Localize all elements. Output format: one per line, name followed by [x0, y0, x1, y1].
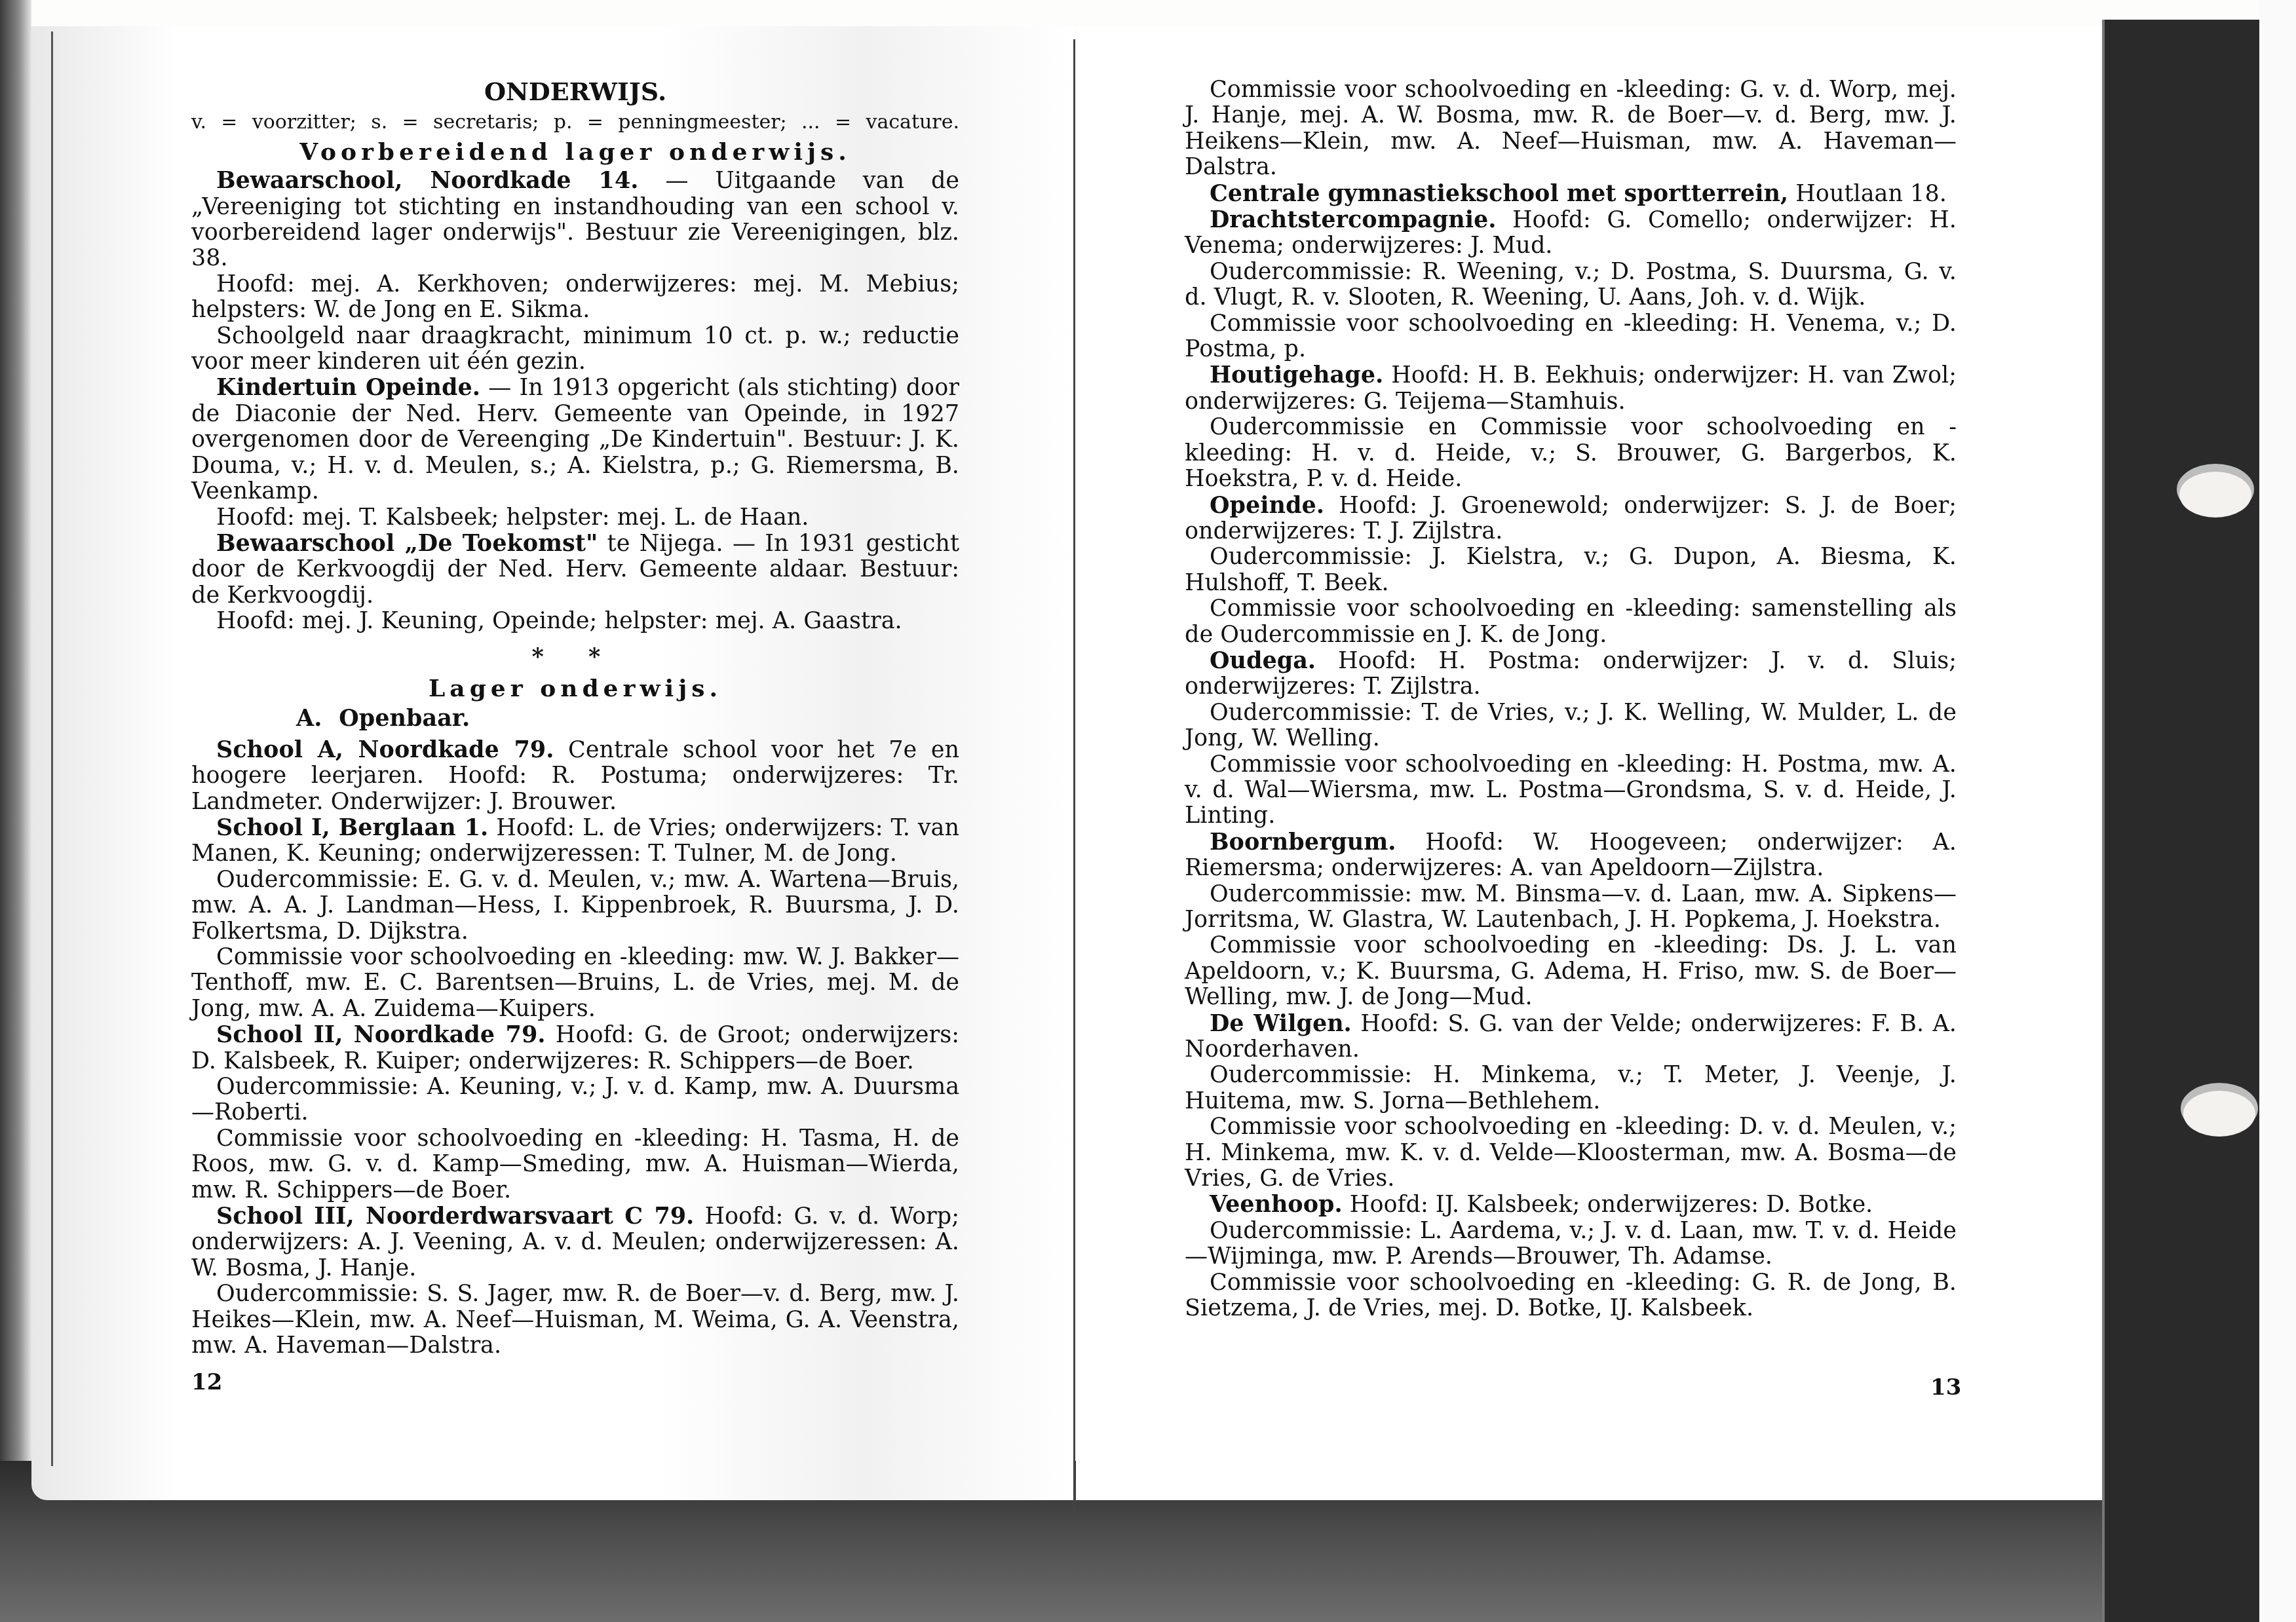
entry: School III, Noorderdwarsvaart C 79. Hoof…	[191, 1203, 959, 1281]
abbreviation-legend: v. = voorzitter; s. = secretaris; p. = p…	[191, 109, 959, 135]
entry: Boornbergum. Hoofd: W. Hoogeveen; onderw…	[1185, 829, 1957, 882]
entry-name: School III, Noorderdwarsvaart C 79.	[216, 1203, 694, 1230]
entry-text: Oudercommissie: S. S. Jager, mw. R. de B…	[191, 1281, 959, 1359]
entry: Bewaarschool, Noordkade 14. — Uitgaande …	[191, 168, 959, 272]
entry-name: Bewaarschool, Noordkade 14.	[216, 167, 639, 194]
entry-text: Commissie voor schoolvoeding en -kleedin…	[1185, 311, 1957, 362]
entry-name: De Wilgen.	[1210, 1010, 1352, 1037]
section-separator: * *	[191, 644, 959, 670]
entry: School I, Berglaan 1. Hoofd: L. de Vries…	[191, 815, 959, 867]
section-heading: Lager onderwijs.	[191, 676, 959, 702]
entry: Drachtstercompagnie. Hoofd: G. Comello; …	[1185, 207, 1957, 259]
entry-name: Houtigehage.	[1210, 362, 1383, 388]
left-page-text: ONDERWIJS. v. = voorzitter; s. = secreta…	[191, 79, 959, 1359]
entry-text: Hoofd: mej. J. Keuning, Opeinde; helpste…	[216, 608, 902, 634]
entry: Commissie voor schoolvoeding en -kleedin…	[1185, 311, 1957, 363]
section-heading: Voorbereidend lager onderwijs.	[191, 140, 959, 165]
entry: De Wilgen. Hoofd: S. G. van der Velde; o…	[1185, 1011, 1957, 1063]
entry: Centrale gymnastiekschool met sportterre…	[1185, 181, 1957, 207]
entry-text: Oudercommissie: H. Minkema, v.; T. Meter…	[1185, 1062, 1957, 1114]
entry: Hoofd: mej. A. Kerkhoven; onderwijzeres:…	[191, 272, 959, 324]
entry: Commissie voor schoolvoeding en -kleedin…	[1185, 933, 1957, 1010]
entry: Oudercommissie: T. de Vries, v.; J. K. W…	[1185, 700, 1957, 752]
entry-text: Commissie voor schoolvoeding en -kleedin…	[1185, 1114, 1957, 1192]
page-number-left: 12	[191, 1369, 222, 1395]
scan-right-margin	[2259, 0, 2296, 1622]
entry-name: School I, Berglaan 1.	[216, 814, 488, 841]
entry: Oudercommissie en Commissie voor schoolv…	[1185, 415, 1957, 492]
entry-text: Hoofd: mej. A. Kerkhoven; onderwijzeres:…	[191, 271, 959, 323]
right-page-text: Commissie voor schoolvoeding en -kleedin…	[1185, 77, 1957, 1322]
entry: Commissie voor schoolvoeding en -kleedin…	[1185, 1114, 1957, 1192]
entry: Commissie voor schoolvoeding en -kleedin…	[1185, 1270, 1957, 1322]
entry: Oudercommissie: A. Keuning, v.; J. v. d.…	[191, 1074, 959, 1126]
entry-text: Houtlaan 18.	[1788, 181, 1947, 207]
entry-text: Commissie voor schoolvoeding en -kleedin…	[191, 944, 959, 1022]
entry-text: Commissie voor schoolvoeding en -kleedin…	[1185, 1270, 1957, 1321]
entry-text: Hoofd: mej. T. Kalsbeek; helpster: mej. …	[216, 504, 809, 531]
entry: Oudega. Hoofd: H. Postma: onderwijzer: J…	[1185, 648, 1957, 700]
entry-text: Oudercommissie: T. de Vries, v.; J. K. W…	[1185, 700, 1957, 751]
scan-left-shadow	[0, 0, 31, 1622]
book-spine	[1073, 39, 1075, 1513]
entry-name: Centrale gymnastiekschool met sportterre…	[1210, 180, 1788, 207]
entry-text: Commissie voor schoolvoeding en -kleedin…	[1185, 595, 1957, 647]
entry: Hoofd: mej. T. Kalsbeek; helpster: mej. …	[191, 505, 959, 531]
entry: Bewaarschool „De Toekomst" te Nijega. — …	[191, 531, 959, 609]
entry: Commissie voor schoolvoeding en -kleedin…	[191, 945, 959, 1022]
entry-name: School A, Noordkade 79.	[216, 736, 554, 763]
subsection-heading: A.Openbaar.	[191, 706, 959, 731]
entry: Schoolgeld naar draagkracht, minimum 10 …	[191, 324, 959, 375]
entry: Oudercommissie: J. Kielstra, v.; G. Dupo…	[1185, 544, 1957, 596]
entry: Oudercommissie: E. G. v. d. Meulen, v.; …	[191, 867, 959, 945]
entry-name: School II, Noordkade 79.	[216, 1021, 545, 1048]
subsection-title: Openbaar.	[339, 705, 470, 732]
entry-name: Boornbergum.	[1210, 829, 1396, 856]
entry-text: Commissie voor schoolvoeding en -kleedin…	[1185, 751, 1957, 829]
entry: Houtigehage. Hoofd: H. B. Eekhuis; onder…	[1185, 362, 1957, 415]
entry-text: Commissie voor schoolvoeding en -kleedin…	[191, 1125, 959, 1203]
entry: Commissie voor schoolvoeding en -kleedin…	[191, 1126, 959, 1203]
entry-text: Commissie voor schoolvoeding en -kleedin…	[1185, 77, 1957, 180]
entry: Commissie voor schoolvoeding en -kleedin…	[1185, 77, 1957, 181]
entry-name: Drachtstercompagnie.	[1210, 206, 1496, 233]
entry: Commissie voor schoolvoeding en -kleedin…	[1185, 752, 1957, 829]
entry-text: Oudercommissie: E. G. v. d. Meulen, v.; …	[191, 867, 959, 945]
entry-text: Schoolgeld naar draagkracht, minimum 10 …	[191, 323, 959, 375]
entry-text: Oudercommissie: L. Aardema, v.; J. v. d.…	[1185, 1218, 1957, 1270]
binder-edge	[2102, 20, 2259, 1622]
page-title: ONDERWIJS.	[191, 79, 959, 104]
punch-hole-icon	[2183, 1091, 2255, 1137]
entry-text: Commissie voor schoolvoeding en -kleedin…	[1185, 932, 1957, 1010]
entry: Oudercommissie: R. Weening, v.; D. Postm…	[1185, 259, 1957, 311]
entry-name: Veenhoop.	[1210, 1191, 1343, 1218]
entry: Oudercommissie: L. Aardema, v.; J. v. d.…	[1185, 1218, 1957, 1270]
page-edge-line	[51, 31, 53, 1466]
entry-text: Oudercommissie: mw. M. Binsma—v. d. Laan…	[1185, 881, 1957, 933]
page-number-right: 13	[1930, 1374, 1961, 1401]
entry-name: Kindertuin Opeinde.	[216, 374, 480, 401]
entry: Veenhoop. Hoofd: IJ. Kalsbeek; onderwijz…	[1185, 1192, 1957, 1218]
entry: Oudercommissie: mw. M. Binsma—v. d. Laan…	[1185, 882, 1957, 934]
entry-name: Bewaarschool „De Toekomst"	[216, 530, 598, 557]
entry: School II, Noordkade 79. Hoofd: G. de Gr…	[191, 1022, 959, 1074]
entry: School A, Noordkade 79. Centrale school …	[191, 737, 959, 815]
entry-name: Oudega.	[1210, 647, 1316, 674]
punch-hole-icon	[2179, 472, 2251, 518]
entry: Oudercommissie: S. S. Jager, mw. R. de B…	[191, 1281, 959, 1359]
entry-text: Oudercommissie en Commissie voor schoolv…	[1185, 414, 1957, 492]
entry: Kindertuin Opeinde. — In 1913 opgericht …	[191, 375, 959, 504]
entry: Hoofd: mej. J. Keuning, Opeinde; helpste…	[191, 609, 959, 634]
entry: Opeinde. Hoofd: J. Groenewold; onderwijz…	[1185, 493, 1957, 545]
entry-name: Opeinde.	[1210, 492, 1324, 519]
entry: Oudercommissie: H. Minkema, v.; T. Meter…	[1185, 1063, 1957, 1114]
entry-text: Oudercommissie: R. Weening, v.; D. Postm…	[1185, 259, 1957, 311]
entry: Commissie voor schoolvoeding en -kleedin…	[1185, 596, 1957, 648]
subsection-letter: A.	[296, 705, 322, 732]
entry-text: Hoofd: IJ. Kalsbeek; onderwijzeres: D. B…	[1343, 1192, 1873, 1218]
entry-text: Oudercommissie: J. Kielstra, v.; G. Dupo…	[1185, 544, 1957, 595]
entry-text: Oudercommissie: A. Keuning, v.; J. v. d.…	[191, 1074, 959, 1125]
